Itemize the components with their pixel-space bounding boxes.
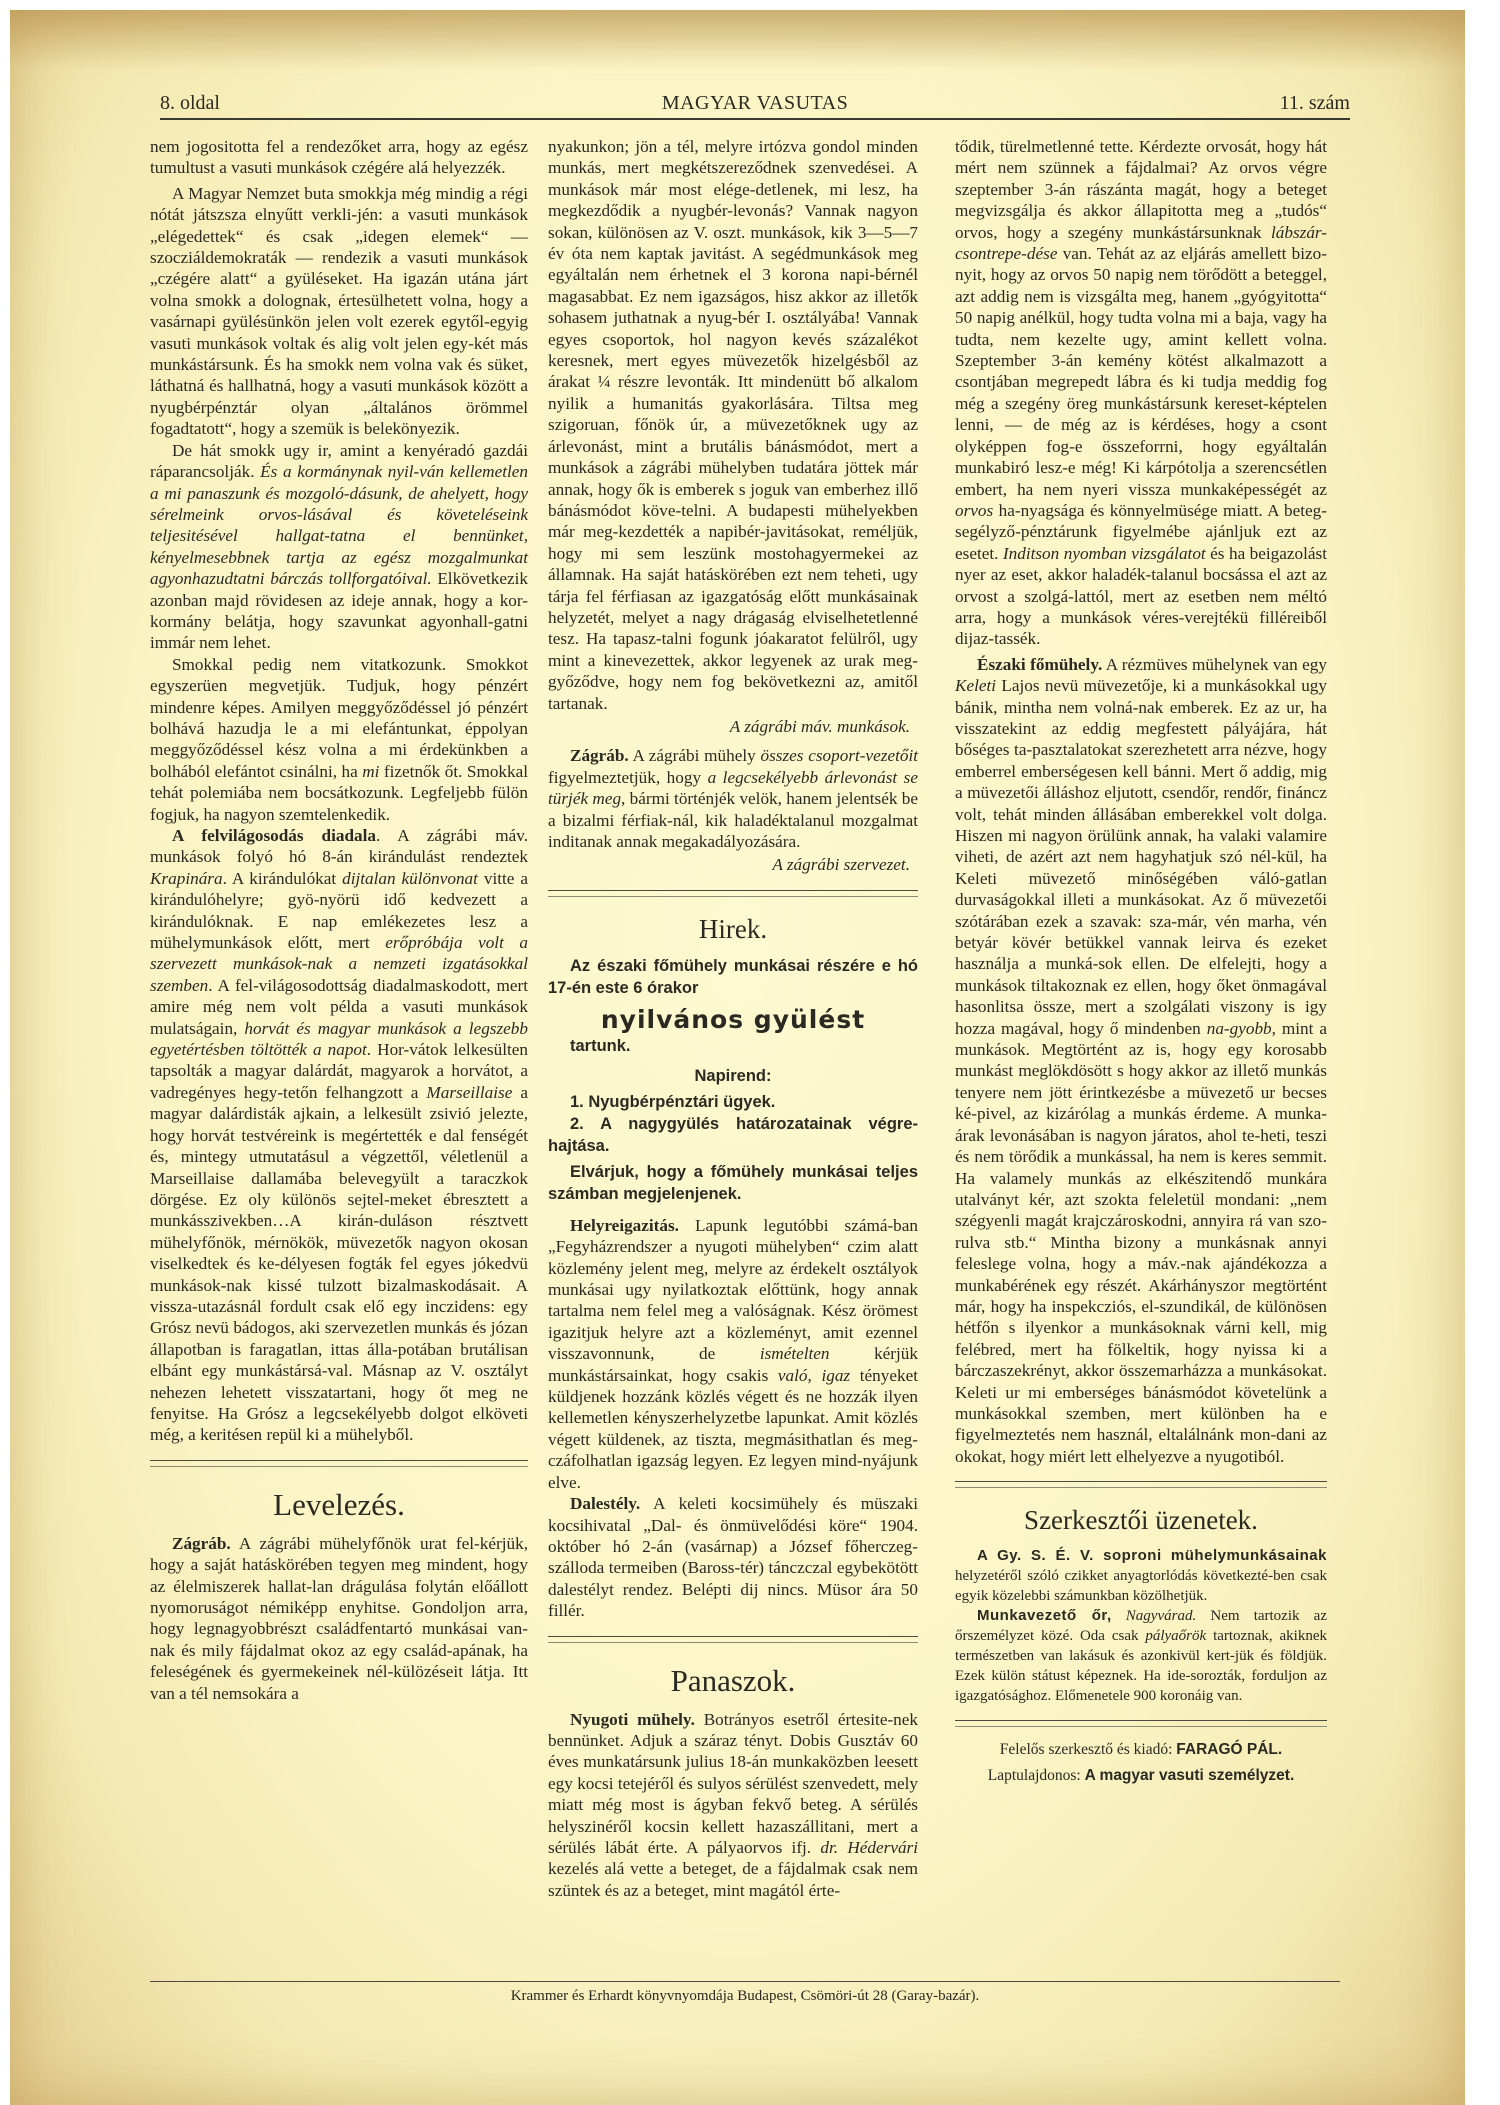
column-right: tődik, türelmetlenné tette. Kérdezte orv… bbox=[955, 136, 1327, 1789]
section-divider bbox=[955, 1720, 1327, 1727]
notice-headline: nyilvános gyülést bbox=[548, 1009, 918, 1031]
article-heading: Helyreigazitás. bbox=[570, 1216, 679, 1235]
article-felvilagosodas: A felvilágosodás diadala. A zágrábi máv.… bbox=[150, 825, 528, 1446]
masthead-title: MAGYAR VASUTAS bbox=[160, 92, 1350, 115]
agenda-item: 1. Nyugbérpénztári ügyek. bbox=[548, 1091, 918, 1113]
section-divider bbox=[548, 1636, 918, 1643]
responsible-editor: Felelős szerkesztő és kiadó: FARAGÓ PÁL. bbox=[955, 1737, 1327, 1763]
article-paragraph: De hát smokk ugy ir, amint a kenyéradó g… bbox=[150, 440, 528, 654]
section-title-hirek: Hirek. bbox=[548, 909, 918, 949]
section-title-levelezes: Levelezés. bbox=[150, 1485, 528, 1525]
section-divider bbox=[548, 890, 918, 897]
editorial-messages: A Gy. S. É. V. soproni mühelymunkásainak… bbox=[955, 1546, 1327, 1706]
article-nyugoti-muhely: Nyugoti mühely. Botrányos esetről értesi… bbox=[548, 1709, 918, 1902]
section-title-szerkesztoi: Szerkesztői üzenetek. bbox=[955, 1500, 1327, 1540]
column-left: nem jogositotta fel a rendezőket arra, h… bbox=[150, 136, 528, 1704]
article-heading: Dalestély. bbox=[570, 1494, 640, 1513]
notice-closing: Elvárjuk, hogy a főmühely munkásai telje… bbox=[548, 1161, 918, 1205]
article-heading: Zágráb. bbox=[172, 1534, 231, 1553]
article-helyreigazitas: Helyreigazitás. Lapunk legutóbbi számá-b… bbox=[548, 1215, 918, 1493]
article-paragraph: Smokkal pedig nem vitatkozunk. Smokkot e… bbox=[150, 654, 528, 825]
meeting-notice: Az északi főmühely munkásai részére e hó… bbox=[548, 955, 918, 1205]
footer-divider bbox=[150, 1981, 1340, 1982]
article-heading: Északi főmühely. bbox=[977, 655, 1102, 674]
article-heading: A felvilágosodás diadala bbox=[172, 826, 376, 845]
editorial-message: Munkavezető őr, Nagyvárad. Nem tartozik … bbox=[955, 1606, 1327, 1706]
printer-credit: Krammer és Erhardt könyvnyomdája Budapes… bbox=[150, 1988, 1340, 2005]
section-divider bbox=[150, 1460, 528, 1467]
article-signature: A zágrábi szervezet. bbox=[548, 854, 910, 875]
article-paragraph: A Magyar Nemzet buta smokkja még mindig … bbox=[150, 183, 528, 440]
article-signature: A zágrábi máv. munkások. bbox=[548, 716, 910, 737]
issue-number: 11. szám bbox=[1280, 92, 1350, 115]
article-continuation: tődik, türelmetlenné tette. Kérdezte orv… bbox=[955, 136, 1327, 650]
section-title-panaszok: Panaszok. bbox=[548, 1661, 918, 1701]
article-eszaki-fomuhely: Északi főmühely. A rézmüves mühelynek va… bbox=[955, 654, 1327, 1467]
article-continuation: nem jogositotta fel a rendezőket arra, h… bbox=[150, 136, 528, 179]
section-divider bbox=[955, 1481, 1327, 1488]
editorial-message: A Gy. S. É. V. soproni mühelymunkásainak… bbox=[955, 1546, 1327, 1606]
agenda-title: Napirend: bbox=[548, 1065, 918, 1087]
article-zagrab-notice: Zágráb. A zágrábi mühely összes csoport-… bbox=[548, 745, 918, 852]
publisher-owner: Laptulajdonos: A magyar vasuti személyze… bbox=[955, 1763, 1327, 1789]
article-dalestely: Dalestély. A keleti kocsimühely és müsza… bbox=[548, 1493, 918, 1621]
article-zagrab-letter: Zágráb. A zágrábi mühelyfőnök urat fel-k… bbox=[150, 1533, 528, 1704]
article-continuation: nyakunkon; jön a tél, melyre irtózva gon… bbox=[548, 136, 918, 714]
column-middle: nyakunkon; jön a tél, melyre irtózva gon… bbox=[548, 136, 918, 1901]
article-heading: Zágráb. bbox=[570, 746, 629, 765]
article-heading: Nyugoti mühely. bbox=[570, 1710, 695, 1729]
imprint: Felelős szerkesztő és kiadó: FARAGÓ PÁL.… bbox=[955, 1737, 1327, 1789]
page-header: 8. oldal MAGYAR VASUTAS 11. szám bbox=[160, 88, 1350, 120]
agenda-item: 2. A nagygyülés határozatainak végre-haj… bbox=[548, 1113, 918, 1157]
